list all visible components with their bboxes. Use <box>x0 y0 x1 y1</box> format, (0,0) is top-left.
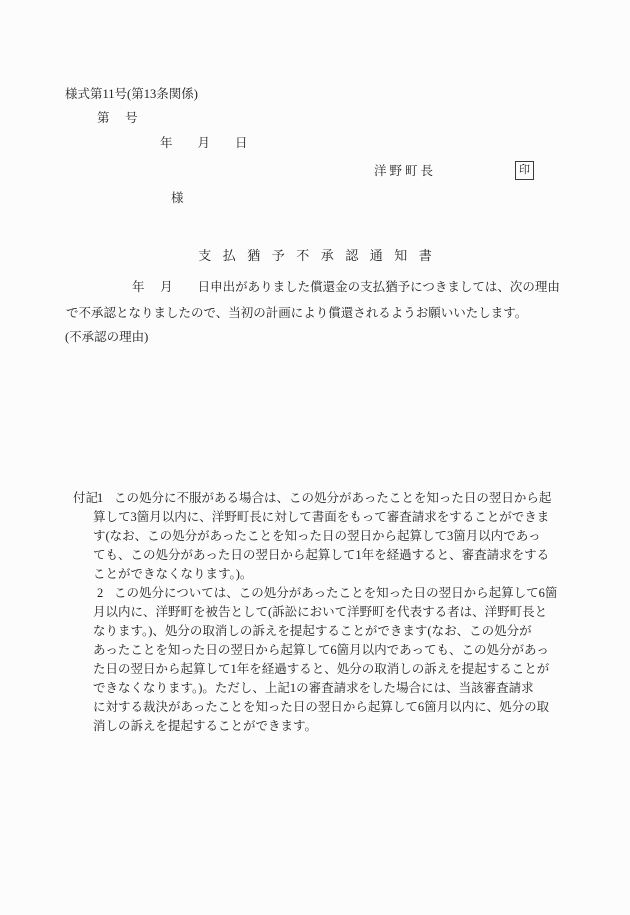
note-line: ても、この処分があった日の翌日から起算して1年を経過すると、審査請求をする <box>93 546 573 565</box>
note-line: 2この処分については、この処分があったことを知った日の翌日から起算して6箇 <box>93 584 573 603</box>
body-paragraph-line-1: 年 月 日申出がありました償還金の支払猶予につきましては、次の理由 <box>132 280 560 294</box>
note-line-text: この処分については、この処分があったことを知った日の翌日から起算して6箇 <box>114 586 557 600</box>
note-line: なります。)、処分の取消しの訴えを提起することができます(なお、この処分が <box>93 622 573 641</box>
note-line: た日の翌日から起算して1年を経過すると、処分の取消しの訴えを提起することが <box>93 660 573 679</box>
seal-box: 印 <box>515 161 534 180</box>
note-line: 算して3箇月以内に、洋野町長に対して書面をもって審査請求をすることができま <box>93 508 573 527</box>
notes-label: 付記 <box>73 489 98 508</box>
addressee-suffix: 様 <box>171 191 184 205</box>
reason-label: (不承認の理由) <box>65 330 148 344</box>
note-item-2: 2この処分については、この処分があったことを知った日の翌日から起算して6箇 月以… <box>93 584 573 736</box>
note-line: 1この処分に不服がある場合は、この処分があったことを知った日の翌日から起 <box>93 489 573 508</box>
note-line: できなくなります。)。ただし、上記1の審査請求をした場合には、当該審査請求 <box>93 679 573 698</box>
note-line: あったことを知った日の翌日から起算して6箇月以内であっても、この処分があっ <box>93 641 573 660</box>
note-line: 消しの訴えを提起することができます。 <box>93 717 573 736</box>
doc-number-line: 第 号 <box>97 111 138 125</box>
note-item-1: 1この処分に不服がある場合は、この処分があったことを知った日の翌日から起 算して… <box>93 489 573 584</box>
form-number: 様式第11号(第13条関係) <box>65 87 198 101</box>
document-page: 様式第11号(第13条関係) 第 号 年 月 日 洋野町長 印 様 支払猶予不承… <box>0 0 630 915</box>
note-line: ことができなくなります。)。 <box>93 565 573 584</box>
seal-mark: 印 <box>519 165 530 176</box>
issuer-title: 洋野町長 <box>374 164 436 178</box>
issue-date-line: 年 月 日 <box>160 136 248 150</box>
body-paragraph-line-2: で不承認となりましたので、当初の計画により償還されるようお願いいたします。 <box>66 306 527 320</box>
note-line: に対する裁決があったことを知った日の翌日から起算して6箇月以内に、処分の取 <box>93 698 573 717</box>
document-title: 支払猶予不承認通知書 <box>0 249 630 264</box>
note-line-text: この処分に不服がある場合は、この処分があったことを知った日の翌日から起 <box>114 491 551 505</box>
appended-notes: 付記 1この処分に不服がある場合は、この処分があったことを知った日の翌日から起 … <box>93 489 573 736</box>
note-item-number: 2 <box>93 584 114 603</box>
note-line: 月以内に、洋野町を被告として(訴訟において洋野町を代表する者は、洋野町長と <box>93 603 573 622</box>
note-line: す(なお、この処分があったことを知った日の翌日から起算して3箇月以内であっ <box>93 527 573 546</box>
